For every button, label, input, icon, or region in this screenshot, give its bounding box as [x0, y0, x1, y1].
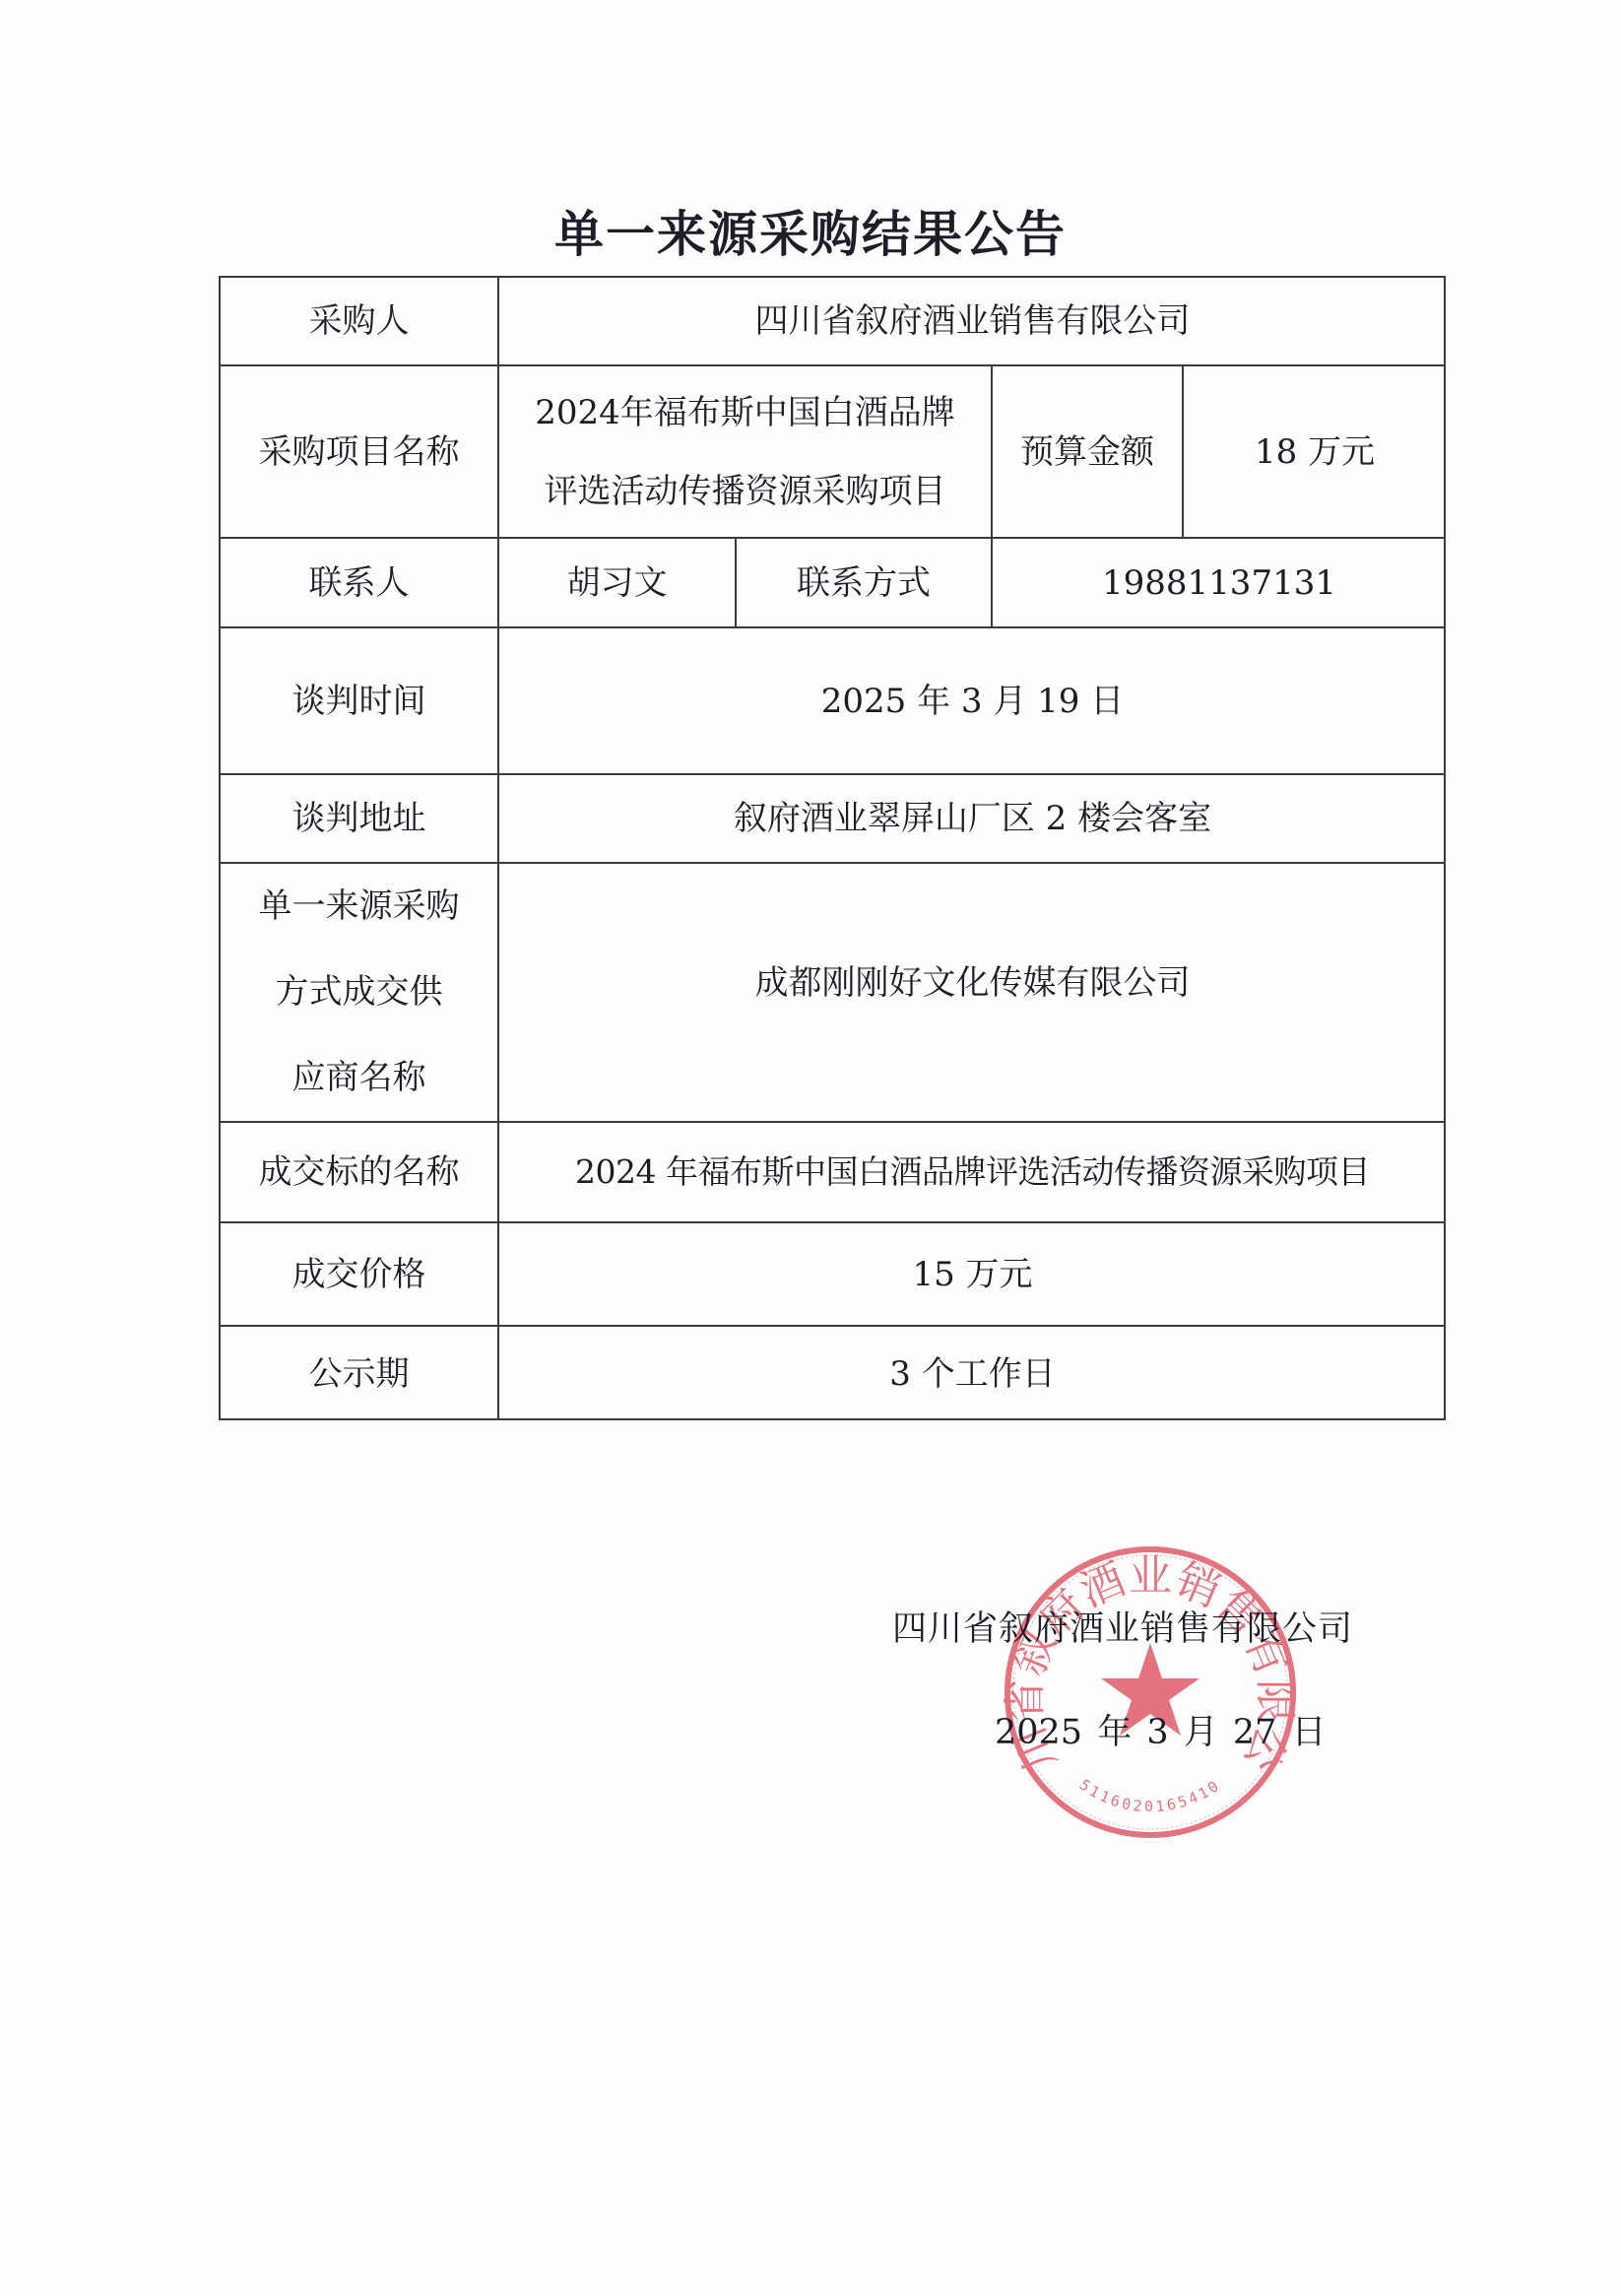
- publicity-period-value: 3 个工作日: [497, 1325, 1446, 1420]
- buyer-value: 四川省叙府酒业销售有限公司: [497, 276, 1446, 364]
- project-name-line-2: 评选活动传播资源采购项目: [545, 452, 946, 531]
- publicity-period-label: 公示期: [219, 1325, 497, 1420]
- budget-value: 18 万元: [1182, 364, 1446, 537]
- budget-label: 预算金额: [991, 364, 1182, 537]
- signature-date: 2025 年 3 月 27 日: [995, 1711, 1327, 1754]
- deal-subject-value: 2024 年福布斯中国白酒品牌评选活动传播资源采购项目: [497, 1121, 1446, 1221]
- supplier-value: 成都刚刚好文化传媒有限公司: [497, 862, 1446, 1121]
- negotiation-time-value: 2025 年 3 月 19 日: [497, 626, 1446, 773]
- supplier-label: 单一来源采购 方式成交供 应商名称: [219, 862, 497, 1121]
- contact-method-label: 联系方式: [735, 537, 991, 626]
- buyer-label: 采购人: [219, 276, 497, 364]
- project-name-label: 采购项目名称: [219, 364, 497, 537]
- page-title: 单一来源采购结果公告: [0, 205, 1621, 264]
- supplier-label-line-3: 应商名称: [292, 1035, 426, 1121]
- contact-value: 胡习文: [497, 537, 735, 626]
- contact-label: 联系人: [219, 537, 497, 626]
- negotiation-time-label: 谈判时间: [219, 626, 497, 773]
- negotiation-address-value: 叙府酒业翠屏山厂区 2 楼会客室: [497, 773, 1446, 862]
- deal-subject-label: 成交标的名称: [219, 1121, 497, 1221]
- official-seal-icon: 四川省叙府酒业销售有限公司 5116020165410: [1003, 1544, 1298, 1840]
- supplier-label-line-2: 方式成交供: [276, 950, 443, 1035]
- project-name-value: 2024年福布斯中国白酒品牌 评选活动传播资源采购项目: [497, 364, 991, 537]
- supplier-label-line-1: 单一来源采购: [259, 864, 460, 950]
- contact-method-value: 19881137131: [991, 537, 1446, 626]
- signature-organization: 四川省叙府酒业销售有限公司: [892, 1607, 1353, 1651]
- project-name-line-1: 2024年福布斯中国白酒品牌: [535, 373, 955, 452]
- negotiation-address-label: 谈判地址: [219, 773, 497, 862]
- deal-price-value: 15 万元: [497, 1221, 1446, 1325]
- seal-code: 5116020165410: [1076, 1776, 1224, 1815]
- announcement-table: 采购人 四川省叙府酒业销售有限公司 采购项目名称 2024年福布斯中国白酒品牌 …: [219, 276, 1446, 1420]
- deal-price-label: 成交价格: [219, 1221, 497, 1325]
